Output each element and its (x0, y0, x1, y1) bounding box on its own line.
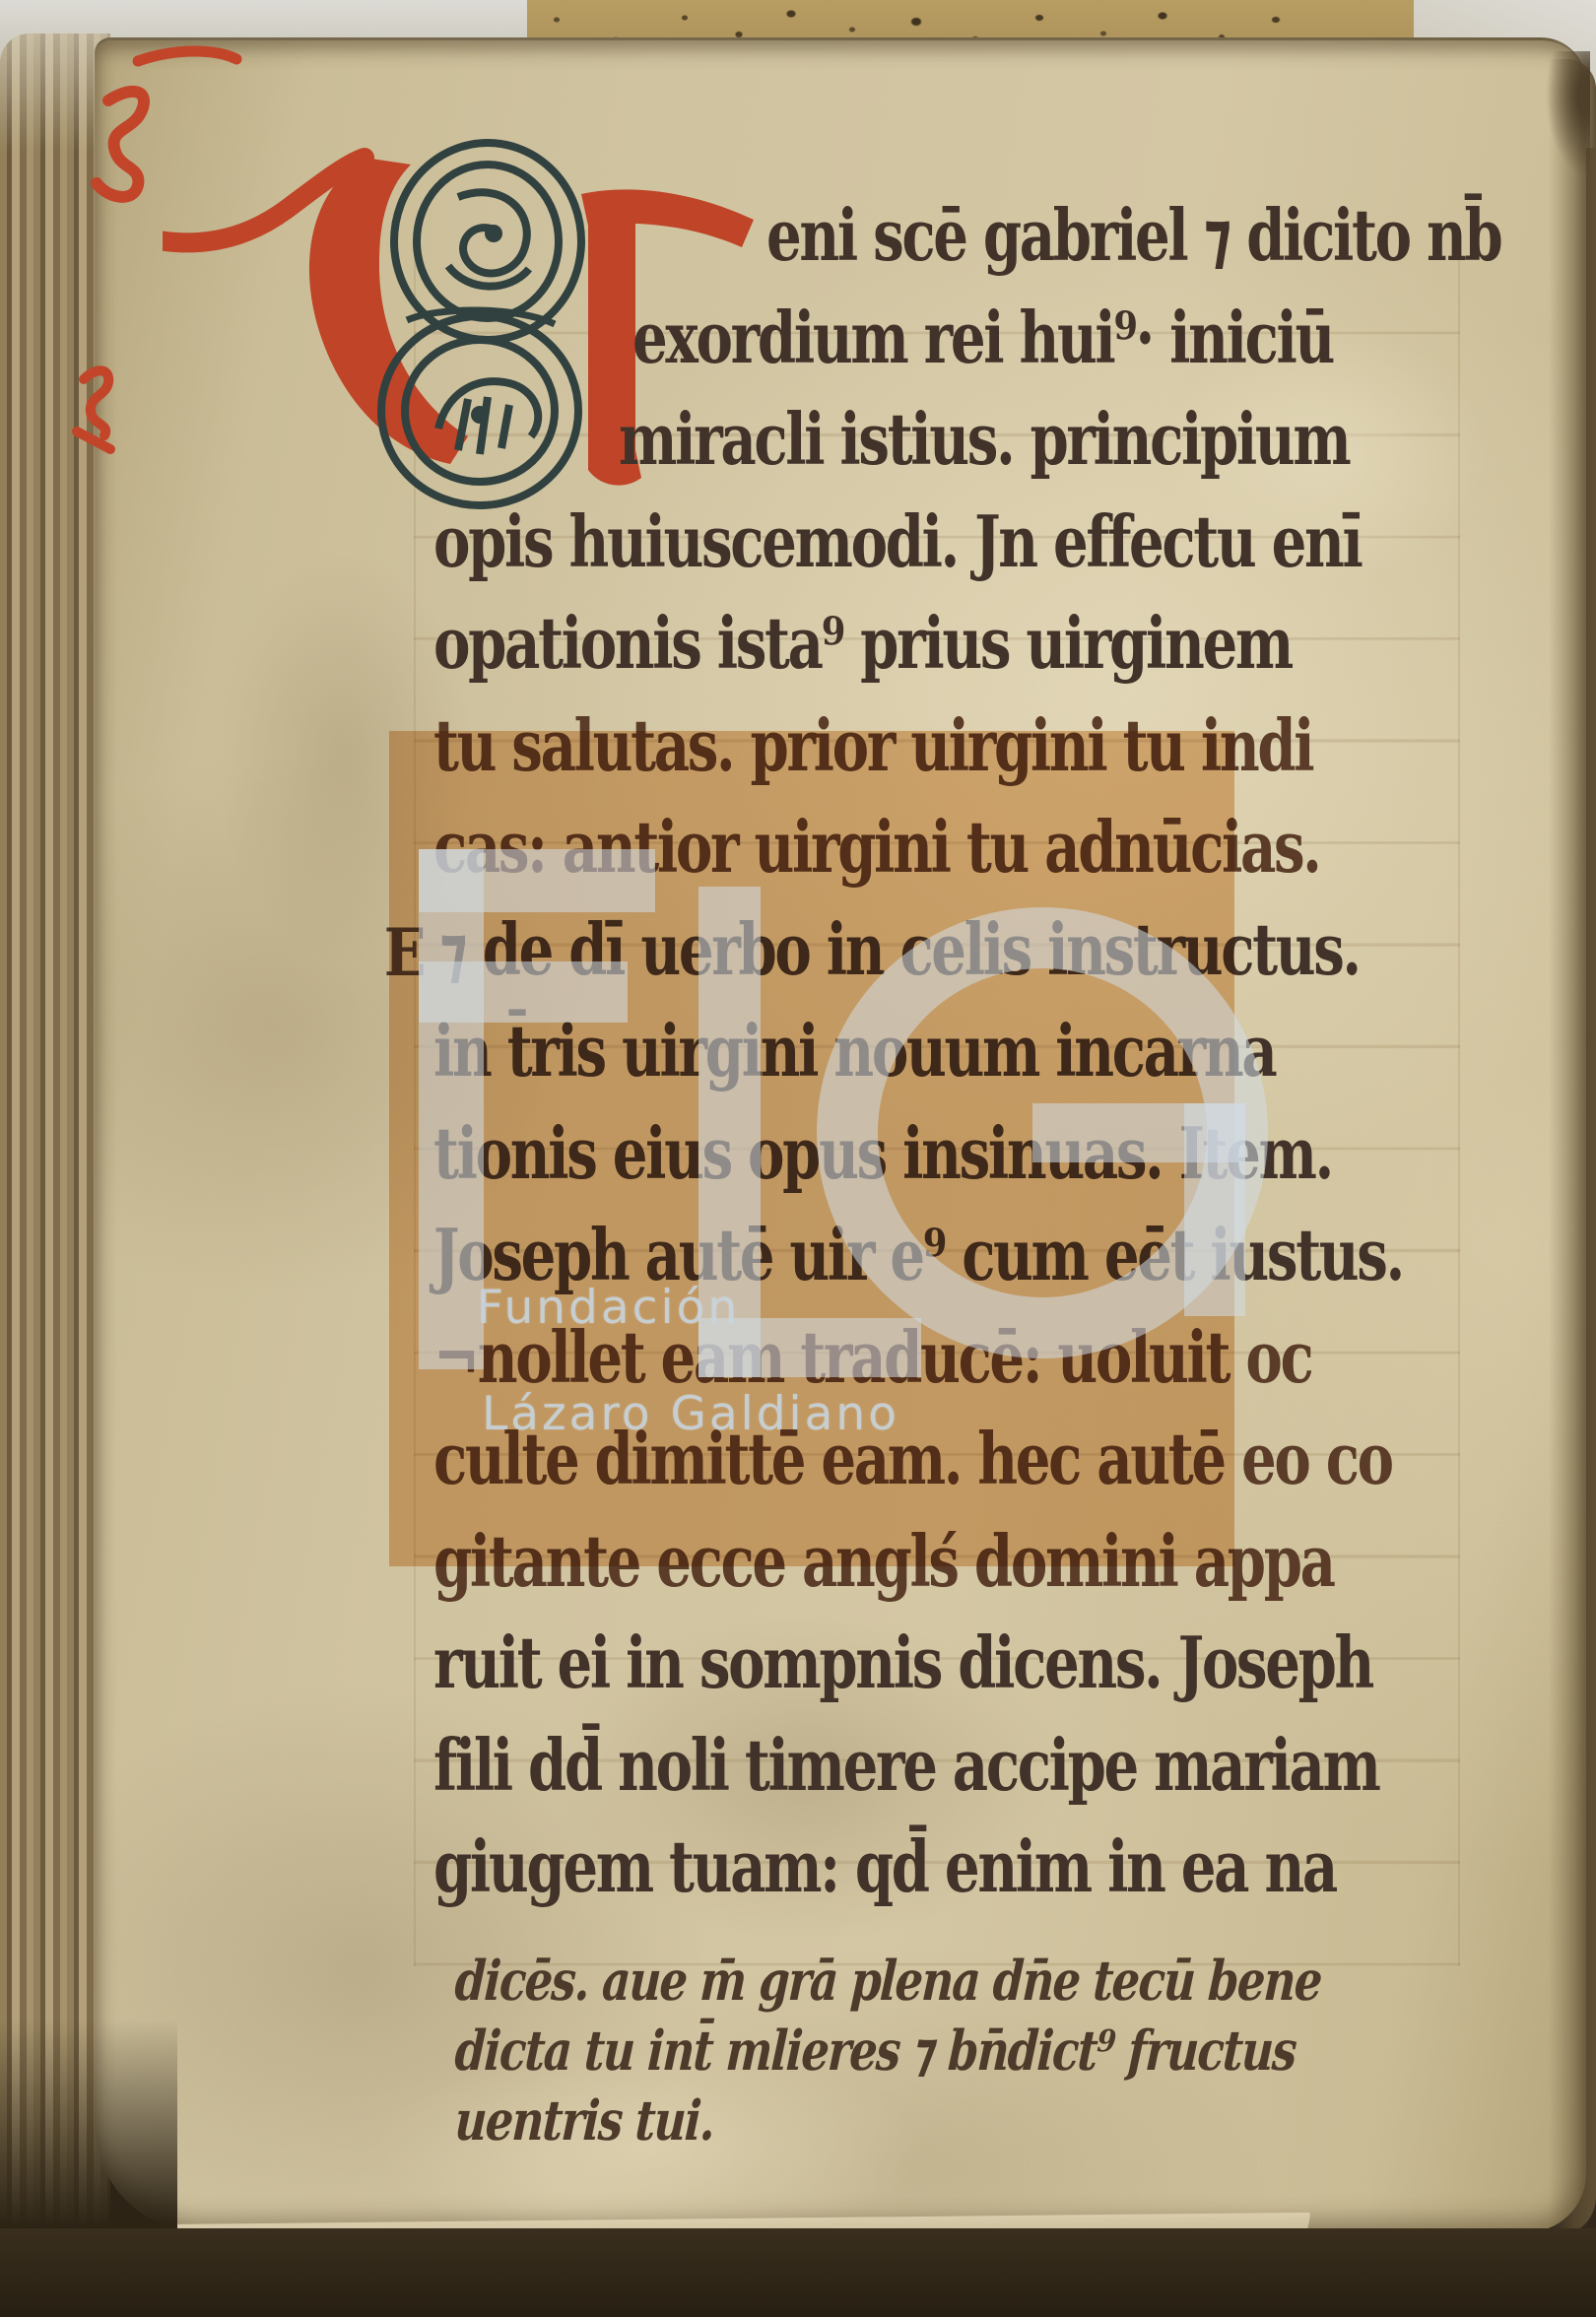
text-line: opis huiuscemodi. Jn effectu enī (433, 499, 1361, 583)
watermark-text-line1: Fundación (477, 1281, 740, 1335)
text-line: ruit ei in sompnis dicens. Joseph (433, 1621, 1372, 1704)
top-right-corner-shadow (1515, 51, 1590, 199)
text-line: exordium rei hui⁹· iniciū (632, 296, 1333, 379)
manuscript-photo: { "document": { "kind": "medieval manusc… (0, 0, 1596, 2317)
text-line: fili dd̄ noli timere accipe mariam (433, 1723, 1379, 1807)
addition-line: dicta tu int̄ mlieres ⁊ bn̄dict⁹ fructus (453, 2019, 1297, 2084)
addition-line: uentris tui. (453, 2088, 715, 2153)
addition-line: dicēs. aue m̄ grā plena dn̄e tecū bene (453, 1949, 1322, 2014)
table-shadow-bottom (0, 2228, 1596, 2317)
page-right-edge (1549, 59, 1596, 2236)
text-line: eni scē gabriel ⁊ dicito nb̄ (766, 193, 1500, 277)
text-line: giugem tuam: qd̄ enim in ea na (433, 1824, 1336, 1908)
text-line: miracli istius. principium (619, 397, 1349, 481)
watermark-text-line2: Lázaro Galdiano (482, 1387, 899, 1441)
text-line: opationis ista⁹ prius uirginem (433, 601, 1292, 685)
